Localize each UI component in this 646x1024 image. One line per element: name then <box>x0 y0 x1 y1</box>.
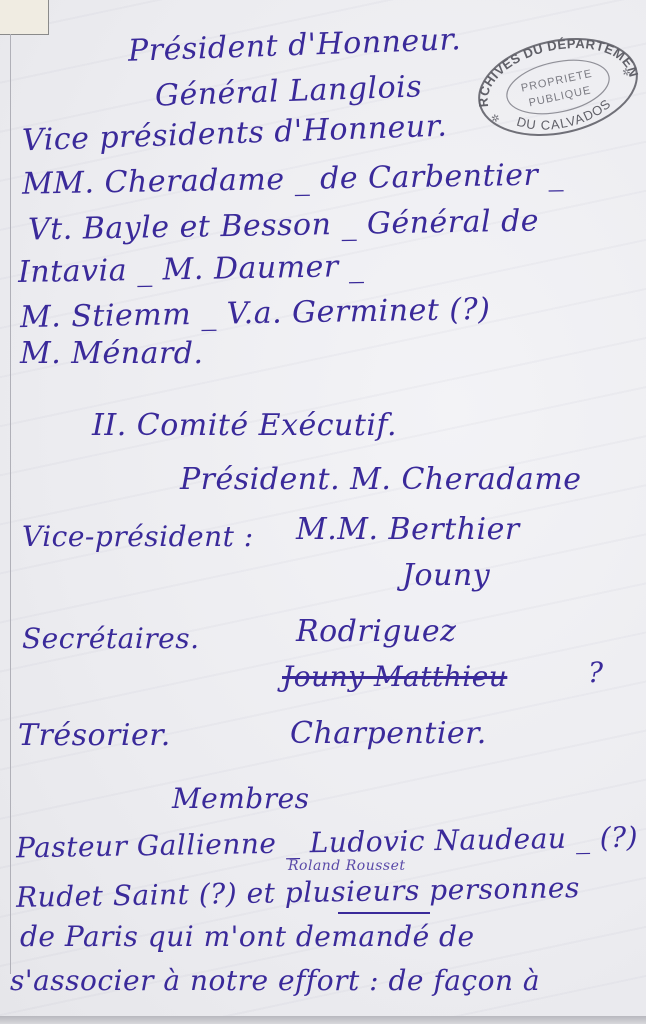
line-rudet-plusieurs: Rudet Saint (?) et plusieurs personnes <box>16 871 580 914</box>
underline-plusieurs <box>338 912 430 914</box>
line-struck-jouny-matthieu: Jouny Matthieu <box>282 660 507 693</box>
line-general-langlois: Général Langlois <box>154 69 422 113</box>
line-menard: M. Ménard. <box>20 336 204 371</box>
svg-text:✲: ✲ <box>490 113 500 126</box>
line-query-mark: ? <box>588 656 604 689</box>
line-intavia-daumer: Intavia _ M. Daumer _ <box>18 249 365 290</box>
line-vice-president-label: Vice-président : <box>22 520 254 553</box>
manuscript-page: ARCHIVES DU DÉPARTEMENT DU CALVADOS PROP… <box>0 0 646 1024</box>
line-president-cheradame: Président. M. Cheradame <box>180 462 582 497</box>
line-jouny: Jouny <box>402 558 490 593</box>
line-secretaires-label: Secrétaires. <box>22 622 200 655</box>
line-berthier: M.M. Berthier <box>296 512 520 547</box>
line-tresorier-label: Trésorier. <box>18 718 171 753</box>
page-left-edge <box>10 34 11 974</box>
line-associer-effort: s'associer à notre effort : de façon à <box>10 964 540 997</box>
line-membres: Membres <box>172 782 310 815</box>
interlinear-note-roland-rousset: Roland Rousset <box>288 858 406 874</box>
line-charpentier: Charpentier. <box>290 716 487 751</box>
archives-stamp-icon: ARCHIVES DU DÉPARTEMENT DU CALVADOS PROP… <box>472 28 644 146</box>
line-comite-executif: II. Comité Exécutif. <box>92 408 397 443</box>
page-bottom-edge <box>0 1016 646 1024</box>
line-de-paris: de Paris qui m'ont demandé de <box>20 920 475 953</box>
folded-page-corner <box>0 0 49 35</box>
archives-stamp: ARCHIVES DU DÉPARTEMENT DU CALVADOS PROP… <box>472 28 644 146</box>
line-stiemm-germinet: M. Stiemm _ V.a. Germinet (?) <box>20 292 491 335</box>
line-cheradame-carbentier: MM. Cheradame _ de Carbentier _ <box>22 157 564 201</box>
line-bayle-besson: Vt. Bayle et Besson _ Général de <box>28 204 540 248</box>
line-vice-presidents-honneur: Vice présidents d'Honneur. <box>22 109 448 159</box>
line-rodriguez: Rodriguez <box>296 614 456 649</box>
line-president-honneur: Président d'Honneur. <box>127 22 461 69</box>
